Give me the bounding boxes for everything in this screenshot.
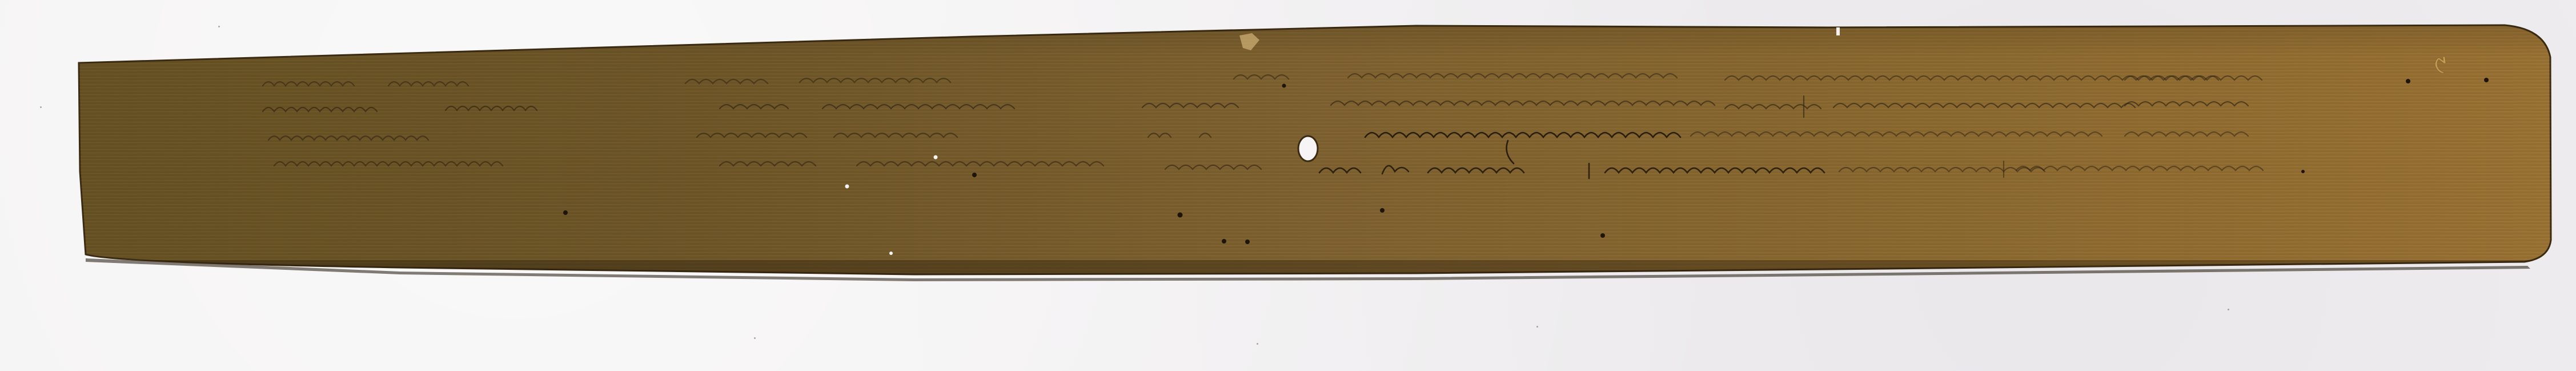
background-speck: [754, 337, 756, 339]
background-speck: [1536, 326, 1538, 328]
palm-leaf-folio: ୯: [0, 0, 2576, 371]
background-speck: [40, 106, 42, 108]
background-speck: [1257, 343, 1258, 345]
leaf-texture: [0, 0, 2576, 371]
background-speck: [218, 26, 220, 27]
background-speck: [2228, 309, 2229, 310]
palm-leaf-graphic: [0, 0, 2576, 371]
binding-hole: [1298, 136, 1318, 161]
